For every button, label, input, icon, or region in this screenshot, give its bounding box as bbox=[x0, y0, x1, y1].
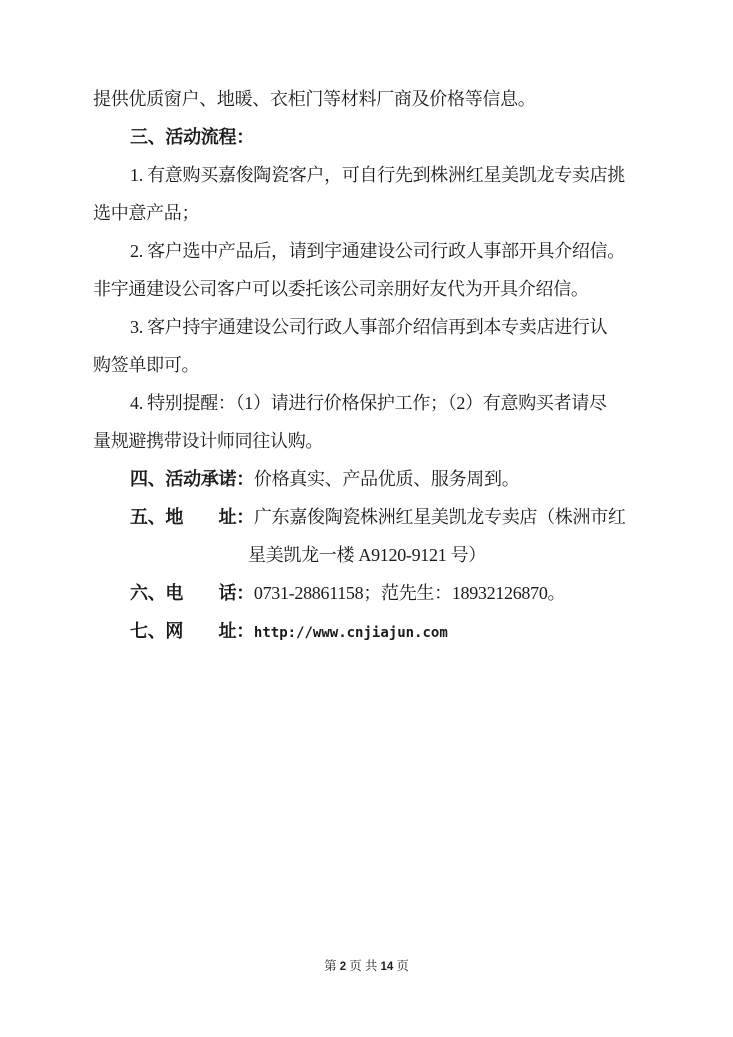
line-text: 0731-28861158；范先生：18932126870。 bbox=[254, 583, 565, 603]
document-page: 提供优质窗户、地暖、衣柜门等材料厂商及价格等信息。三、活动流程：1. 有意购买嘉… bbox=[0, 0, 733, 1037]
line-text: 非宇通建设公司客户可以委托该公司亲朋好友代为开具介绍信。 bbox=[93, 279, 589, 299]
line-text: 购签单即可。 bbox=[93, 355, 199, 375]
text-line: 购签单即可。 bbox=[93, 346, 645, 384]
text-line: 五、地 址：广东嘉俊陶瓷株洲红星美凯龙专卖店（株洲市红 bbox=[93, 498, 645, 536]
line-url: http://www.cnjiajun.com bbox=[254, 625, 448, 641]
line-text: 2. 客户选中产品后，请到宇通建设公司行政人事部开具介绍信。 bbox=[130, 241, 625, 261]
text-line: 七、网 址：http://www.cnjiajun.com bbox=[93, 612, 645, 650]
text-line: 六、电 话：0731-28861158；范先生：18932126870。 bbox=[93, 574, 645, 612]
line-bold-label: 五、地 址： bbox=[130, 507, 254, 527]
line-bold-label: 七、网 址： bbox=[130, 621, 254, 641]
footer-label-prefix: 第 bbox=[324, 959, 337, 973]
line-text: 广东嘉俊陶瓷株洲红星美凯龙专卖店（株洲市红 bbox=[254, 507, 626, 527]
text-line: 三、活动流程： bbox=[93, 118, 645, 156]
footer-label-mid: 页 共 bbox=[349, 959, 377, 973]
text-line: 四、活动承诺：价格真实、产品优质、服务周到。 bbox=[93, 460, 645, 498]
text-line: 1. 有意购买嘉俊陶瓷客户，可自行先到株洲红星美凯龙专卖店挑 bbox=[93, 156, 645, 194]
line-text: 提供优质窗户、地暖、衣柜门等材料厂商及价格等信息。 bbox=[93, 89, 536, 109]
text-line: 3. 客户持宇通建设公司行政人事部介绍信再到本专卖店进行认 bbox=[93, 308, 645, 346]
line-text: 星美凯龙一楼 A9120-9121 号） bbox=[248, 545, 486, 565]
line-text: 4. 特别提醒：（1）请进行价格保护工作；（2）有意购买者请尽 bbox=[130, 393, 607, 413]
text-line: 选中意产品； bbox=[93, 194, 645, 232]
line-text: 选中意产品； bbox=[93, 203, 199, 223]
footer-page-total: 14 bbox=[381, 961, 394, 973]
text-line: 星美凯龙一楼 A9120-9121 号） bbox=[93, 536, 645, 574]
line-bold-label: 四、活动承诺： bbox=[130, 469, 254, 489]
line-text: 量规避携带设计师同往认购。 bbox=[93, 431, 323, 451]
footer-label-suffix: 页 bbox=[396, 959, 409, 973]
footer-page-number: 2 bbox=[340, 961, 346, 973]
line-text: 1. 有意购买嘉俊陶瓷客户，可自行先到株洲红星美凯龙专卖店挑 bbox=[130, 165, 625, 185]
line-text: 3. 客户持宇通建设公司行政人事部介绍信再到本专卖店进行认 bbox=[130, 317, 607, 337]
document-body: 提供优质窗户、地暖、衣柜门等材料厂商及价格等信息。三、活动流程：1. 有意购买嘉… bbox=[93, 80, 645, 650]
page-footer: 第 2 页 共 14 页 bbox=[0, 956, 733, 974]
line-bold-label: 六、电 话： bbox=[130, 583, 254, 603]
text-line: 4. 特别提醒：（1）请进行价格保护工作；（2）有意购买者请尽 bbox=[93, 384, 645, 422]
text-line: 提供优质窗户、地暖、衣柜门等材料厂商及价格等信息。 bbox=[93, 80, 645, 118]
text-line: 量规避携带设计师同往认购。 bbox=[93, 422, 645, 460]
line-text: 价格真实、产品优质、服务周到。 bbox=[254, 469, 520, 489]
line-bold-label: 三、活动流程： bbox=[130, 127, 254, 147]
text-line: 非宇通建设公司客户可以委托该公司亲朋好友代为开具介绍信。 bbox=[93, 270, 645, 308]
text-line: 2. 客户选中产品后，请到宇通建设公司行政人事部开具介绍信。 bbox=[93, 232, 645, 270]
